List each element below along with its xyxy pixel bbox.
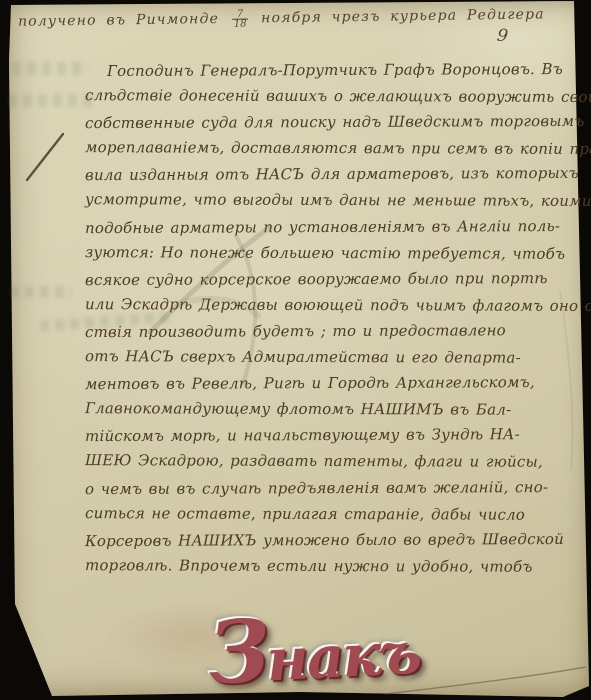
annotation-suffix: ноября чрезъ курьера Редигера [261,6,545,26]
znak-watermark-logo: Знакъ [206,593,422,700]
manuscript-line: или Эскадрѣ Державы воюющей подъ чьимъ ф… [85,291,577,319]
manuscript-line: подобные арматеры по установленіямъ въ А… [85,212,577,240]
manuscript-line: вила изданныя отъ НАСЪ для арматеровъ, и… [85,160,577,188]
manuscript-line: ствія производить будетъ ; то и предоста… [85,317,577,345]
manuscript-line: слѣдствіе донесеній вашихъ о желающихъ в… [85,82,577,110]
manuscript-line: всякое судно корсерское вооружаемо было … [85,265,577,293]
manuscript-line: о чемъ вы въ случаѣ предъявленія вамъ же… [85,473,577,501]
annotation-prefix: получено въ Ричмонде [18,11,219,30]
manuscript-line: усмотрите, что выгоды имъ даны не меньше… [85,187,577,215]
manuscript-line: собственные суда для поиску надъ Шведски… [85,108,577,136]
document-scan: получено въ Ричмонде 7 18 ноября чрезъ к… [0,0,591,700]
date-fraction: 7 18 [232,10,249,29]
manuscript-line: Главнокомандующему флотомъ НАШИМЪ въ Бал… [85,395,577,423]
manuscript-line: мореплаваніемъ, доставляются вамъ при се… [85,134,577,162]
manuscript-body: Господинъ Генералъ-Порутчикъ Графъ Ворон… [85,57,577,579]
manuscript-line: ШЕЮ Эскадрою, раздавать патенты, флаги и… [85,448,577,476]
date-new-style: 18 [232,20,249,29]
manuscript-line: Корсеровъ НАШИХЪ умножено было во вредъ … [85,526,577,554]
manuscript-line: ментовъ въ Ревелѣ, Ригѣ и Городѣ Арханге… [85,369,577,397]
manuscript-line: Господинъ Генералъ-Порутчикъ Графъ Ворон… [85,56,577,84]
manuscript-line: тійскомъ морѣ, и начальствующему въ Зунд… [85,421,577,449]
manuscript-line: торговлѣ. Впрочемъ естьли нужно и удобно… [85,552,577,580]
manuscript-line: ситься не оставте, прилагая стараніе, да… [85,500,577,528]
manuscript-line: отъ НАСЪ сверхъ Адмиралтейства и его деп… [85,343,577,371]
manuscript-line: зуются: Но понеже большею частію требует… [85,239,577,267]
